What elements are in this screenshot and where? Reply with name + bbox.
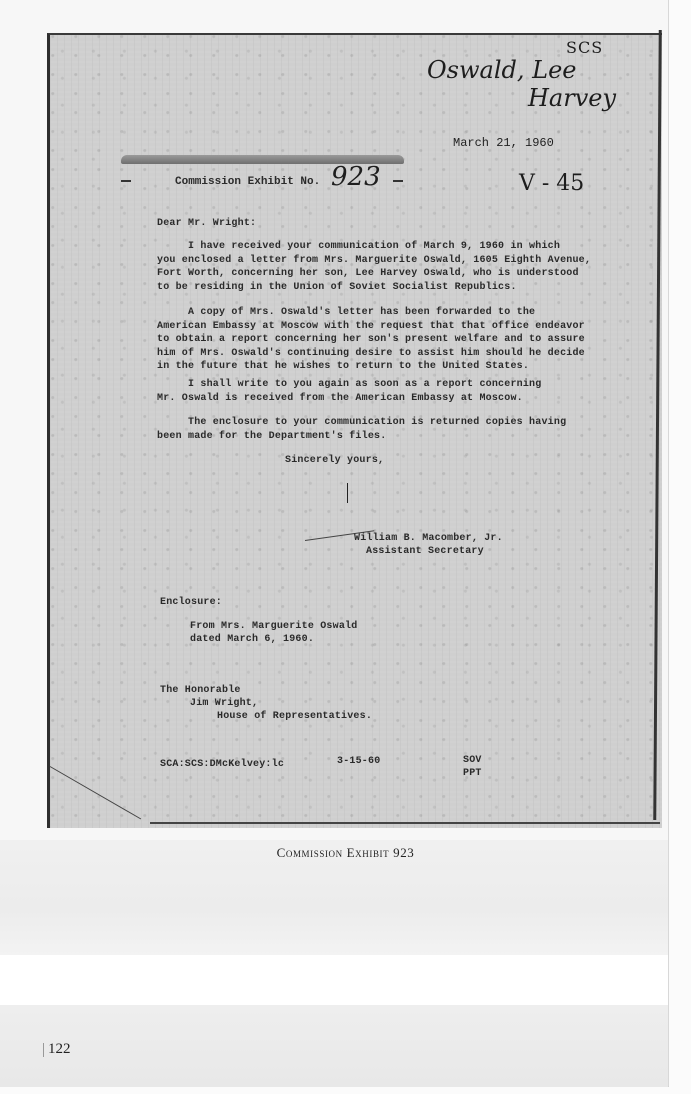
reference-code: SCA:SCS:DMcKelvey:lc bbox=[160, 758, 284, 772]
stamp-dash-right bbox=[393, 180, 403, 182]
exhibit-stamp-label: Commission Exhibit No. bbox=[175, 176, 320, 188]
name-annotation-line2: Harvey bbox=[528, 84, 616, 112]
stamp-dash-left bbox=[121, 180, 131, 182]
page-number: 122 bbox=[48, 1041, 71, 1058]
page-bottom-band bbox=[0, 1005, 668, 1087]
volume-reference-annotation: V - 45 bbox=[519, 171, 584, 196]
signer-title: Assistant Secretary bbox=[366, 545, 484, 559]
reference-date: 3-15-60 bbox=[337, 755, 380, 769]
addressee-line-2: Jim Wright, bbox=[190, 697, 258, 711]
addressee-line-1: The Honorable bbox=[160, 684, 241, 698]
page-white-band bbox=[0, 955, 668, 1005]
paragraph-4: The enclosure to your communication is r… bbox=[157, 416, 566, 443]
salutation: Dear Mr. Wright: bbox=[157, 217, 256, 231]
routing-line-1: SOV bbox=[463, 754, 482, 768]
page-number-tick bbox=[43, 1043, 44, 1057]
paragraph-1: I have received your communication of Ma… bbox=[157, 240, 591, 294]
enclosure-label: Enclosure: bbox=[160, 596, 222, 610]
exhibit-caption: Commission Exhibit 923 bbox=[0, 845, 691, 861]
enclosure-line-2: dated March 6, 1960. bbox=[190, 633, 314, 647]
signer-name: William B. Macomber, Jr. bbox=[354, 532, 503, 546]
signature-mark bbox=[347, 483, 348, 503]
addressee-line-3: House of Representatives. bbox=[217, 710, 372, 724]
closing: Sincerely yours, bbox=[285, 454, 384, 468]
file-code-annotation: SCS bbox=[566, 38, 603, 57]
scan-border-bottom bbox=[150, 822, 660, 824]
name-annotation-line1: Oswald, Lee bbox=[427, 56, 576, 84]
routing-line-2: PPT bbox=[463, 767, 482, 781]
enclosure-line-1: From Mrs. Marguerite Oswald bbox=[190, 620, 357, 634]
letter-date: March 21, 1960 bbox=[453, 136, 554, 150]
paragraph-3: I shall write to you again as soon as a … bbox=[157, 378, 541, 405]
paragraph-2: A copy of Mrs. Oswald's letter has been … bbox=[157, 306, 585, 374]
exhibit-stamp-number: 923 bbox=[331, 162, 381, 192]
